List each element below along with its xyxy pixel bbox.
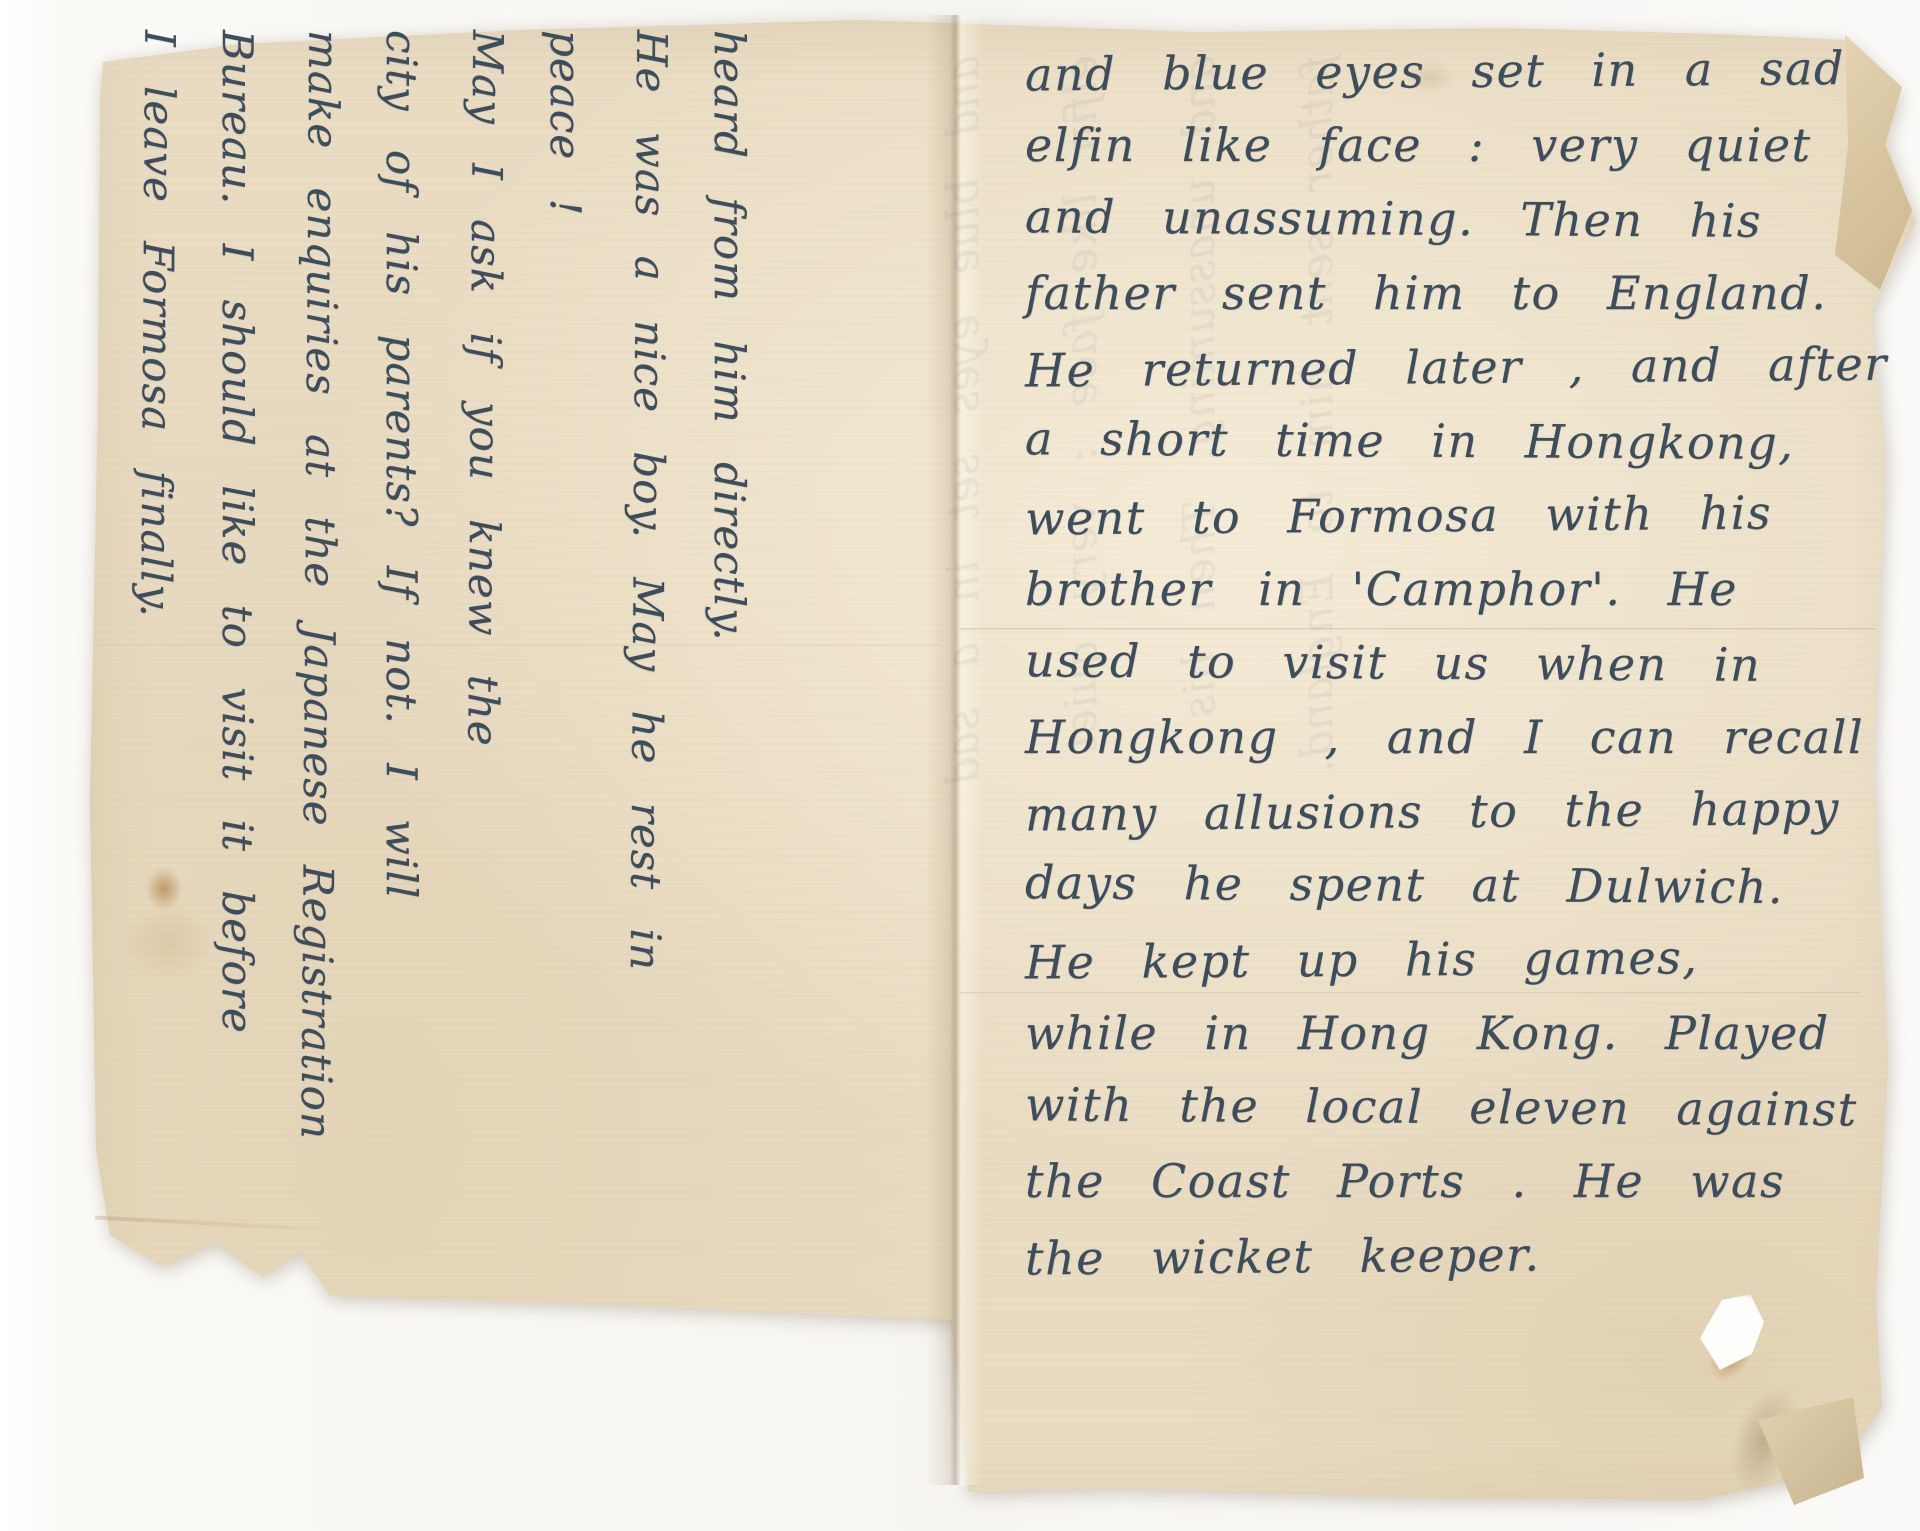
foxing-stain-spot xyxy=(138,858,190,920)
handwriting-line: while in Hong Kong. Played xyxy=(1025,996,1905,1070)
handwriting-line: and unassuming. Then his xyxy=(1025,179,1905,258)
handwriting-line: many allusions to the happy xyxy=(1025,771,1906,852)
handwriting-line: a short time in Hongkong, xyxy=(1025,401,1905,480)
handwriting-line: brother in 'Camphor'. He xyxy=(1025,552,1905,626)
handwriting-line: elfin like face : very quiet xyxy=(1025,108,1905,182)
right-page-handwriting: and blue eyes set in a sadelfin like fac… xyxy=(1025,34,1905,1304)
handwriting-line: Bureau. I should like to visit it before xyxy=(196,30,278,1292)
handwriting-line: He kept up his games, xyxy=(1025,919,1906,1000)
handwriting-line: used to visit us when in xyxy=(1025,623,1905,702)
handwriting-line: went to Formosa with his xyxy=(1025,475,1906,556)
faint-smudge-top xyxy=(1395,55,1465,101)
scanned-letter-canvas: { "document": { "kind": "handwritten-let… xyxy=(0,0,1920,1531)
left-page-handwriting: heard from him directly.He was a nice bo… xyxy=(106,30,770,1292)
handwriting-line: May I ask if you knew the xyxy=(438,30,529,1293)
handwriting-line: city of his parents? If not. I will xyxy=(360,30,442,1292)
handwriting-line: and blue eyes set in a sad xyxy=(905,55,1023,1255)
handwriting-line: I leave Formosa finally. xyxy=(110,30,201,1293)
handwriting-line: the Coast Ports . He was xyxy=(1025,1144,1905,1218)
handwriting-line: days he spent at Dulwich. xyxy=(1025,845,1905,924)
handwriting-line: peace ! xyxy=(524,30,606,1292)
handwriting-line: He returned later , and after xyxy=(1025,327,1906,408)
handwriting-line: make enquiries at the Japanese Registrat… xyxy=(274,30,365,1293)
handwriting-line: with the local eleven against xyxy=(1025,1067,1905,1146)
handwriting-line: father sent him to England. xyxy=(1025,256,1905,330)
handwriting-line: and blue eyes set in a sad xyxy=(1025,31,1906,112)
handwriting-line: He was a nice boy. May he rest in xyxy=(602,30,693,1293)
handwriting-line: heard from him directly. xyxy=(688,30,770,1292)
handwriting-line: the wicket keeper. xyxy=(1025,1215,1906,1296)
handwriting-line: Hongkong , and I can recall xyxy=(1025,700,1905,774)
